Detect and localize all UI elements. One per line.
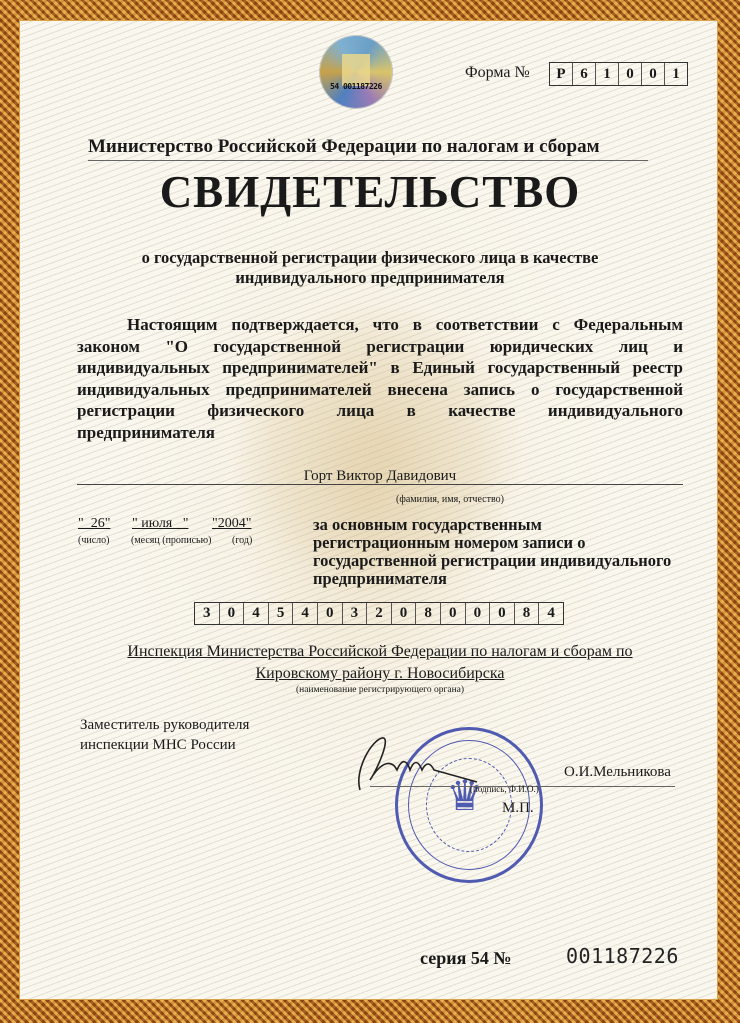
name-underline — [77, 484, 683, 485]
ministry-heading: Министерство Российской Федерации по нал… — [88, 136, 648, 161]
series-label: серия 54 № — [420, 948, 511, 969]
reg-cell: 0 — [318, 603, 343, 624]
reg-cell: 3 — [343, 603, 368, 624]
series-number: 001187226 — [566, 944, 679, 968]
person-full-name: Горт Виктор Давидович — [77, 468, 683, 485]
authority-line-1: Инспекция Министерства Российской Федера… — [127, 643, 632, 660]
form-number-cells: Р 6 1 0 0 1 — [549, 62, 688, 86]
registering-authority: Инспекция Министерства Российской Федера… — [80, 641, 680, 685]
registration-number-cells: 3 0 4 5 4 0 3 2 0 8 0 0 0 8 4 — [194, 602, 564, 625]
date-month: " июля _" — [132, 516, 188, 532]
signature-icon — [352, 730, 482, 800]
date-year: "2004" — [212, 516, 251, 532]
form-number-label: Форма № — [465, 64, 530, 82]
subtitle-line-1: о государственной регистрации физическог… — [100, 248, 640, 268]
document-subtitle: о государственной регистрации физическог… — [100, 248, 640, 288]
reg-cell: 5 — [269, 603, 294, 624]
body-paragraph: Настоящим подтверждается, что в соответс… — [77, 314, 683, 444]
signer-name: О.И.Мельникова — [564, 764, 671, 781]
reg-cell: 0 — [441, 603, 466, 624]
reg-cell: 8 — [515, 603, 540, 624]
form-cell: Р — [550, 63, 573, 85]
reg-cell: 2 — [367, 603, 392, 624]
signer-title: Заместитель руководителя инспекции МНС Р… — [80, 715, 249, 755]
authority-line-2: Кировскому району г. Новосибирска — [255, 665, 504, 682]
form-cell: 0 — [619, 63, 642, 85]
signer-title-line-1: Заместитель руководителя — [80, 715, 249, 735]
reg-cell: 4 — [539, 603, 563, 624]
registration-text: за основным государственным регистрацион… — [313, 516, 673, 588]
hologram-seal-icon: 54 001187226 — [320, 36, 392, 108]
date-year-caption: (год) — [232, 535, 252, 546]
reg-cell: 3 — [195, 603, 220, 624]
form-cell: 1 — [596, 63, 619, 85]
reg-cell: 0 — [466, 603, 491, 624]
reg-cell: 0 — [490, 603, 515, 624]
hologram-serial: 54 001187226 — [330, 82, 382, 91]
form-cell: 0 — [642, 63, 665, 85]
date-day-caption: (число) — [78, 535, 109, 546]
reg-cell: 4 — [244, 603, 269, 624]
person-name-caption: (фамилия, имя, отчество) — [77, 494, 683, 505]
form-cell: 1 — [665, 63, 687, 85]
seal-place-mark: М.П. — [502, 800, 534, 817]
reg-cell: 4 — [293, 603, 318, 624]
reg-cell: 0 — [392, 603, 417, 624]
date-month-caption: (месяц (прописью) — [131, 535, 211, 546]
subtitle-line-2: индивидуального предпринимателя — [100, 268, 640, 288]
authority-caption: (наименование регистрирующего органа) — [80, 685, 680, 695]
date-day: "_26" — [78, 516, 110, 532]
form-cell: 6 — [573, 63, 596, 85]
reg-cell: 0 — [220, 603, 245, 624]
document-title: СВИДЕТЕЛЬСТВО — [0, 166, 740, 218]
signer-title-line-2: инспекции МНС России — [80, 735, 249, 755]
reg-cell: 8 — [416, 603, 441, 624]
signer-caption: (подпись, Ф.И.О.) — [470, 784, 539, 794]
